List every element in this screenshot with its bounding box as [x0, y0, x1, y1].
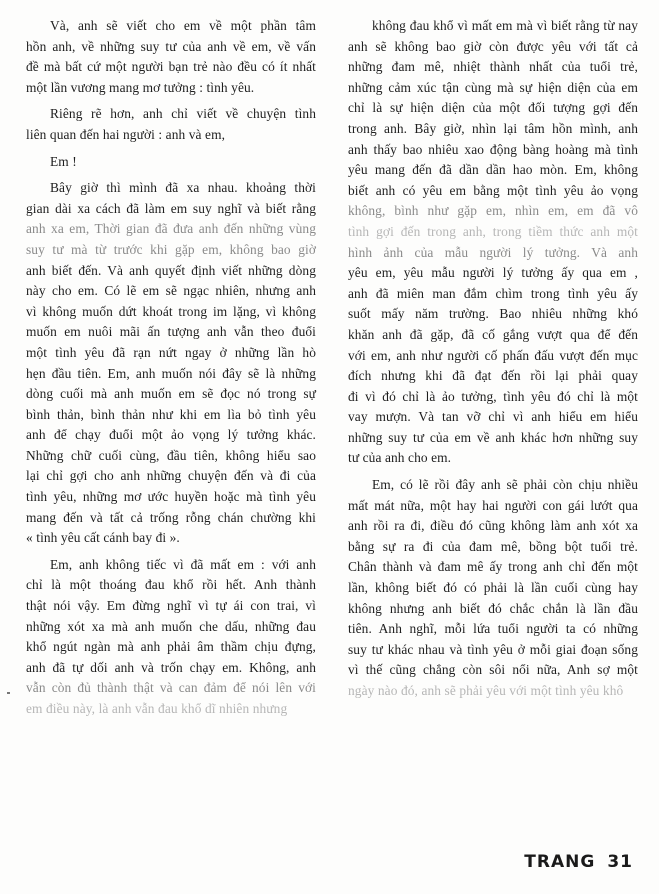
text-line: hẹn đầu tiên. Em, anh muốn nói đây sẽ là… [26, 364, 316, 385]
paragraph: Em ! [26, 152, 316, 173]
text-line: trong anh. Bây giờ, nhìn lại tâm hồn mìn… [348, 119, 638, 140]
text-line: yêu em, yêu mẫu người lý tưởng ấy qua em… [348, 263, 638, 284]
text-line: hồn anh, về những suy tư của anh về em, … [26, 37, 316, 58]
text-line: em điều này, là anh vẫn đau khổ dĩ nhiên… [26, 699, 316, 720]
text-line: vì không muốn dứt khoát trong im lặng, v… [26, 302, 316, 323]
text-line: chỉ là một thoáng đau khổ rồi hết. Anh t… [26, 575, 316, 596]
text-line: anh để chạy đuổi một ảo vọng lý tưởng kh… [26, 425, 316, 446]
text-line: Em, có lẽ rồi đây anh sẽ phải còn chịu n… [348, 475, 638, 496]
text-line: những đam mê, nhiệt thành nhất của tuổi … [348, 57, 638, 78]
text-line: mất mát nữa, một hay hai người con gái l… [348, 496, 638, 517]
text-line: anh xa em, Thời gian đã đưa anh đến nhữn… [26, 219, 316, 240]
text-line: anh sẽ không bao giờ còn được yêu với tấ… [348, 37, 638, 58]
text-line: vay mượn. Và tan vỡ chỉ vì anh hiểu em h… [348, 407, 638, 428]
text-line: những xót xa mà anh muốn che dấu, những … [26, 617, 316, 638]
text-line: muốn em nuôi mãi ấn tượng anh vẫn theo đ… [26, 322, 316, 343]
text-line: khăn anh đã gặp, đã cố gắng vượt qua để … [348, 325, 638, 346]
paragraph: không đau khổ vì mất em mà vì biết rằng … [348, 16, 638, 469]
text-line: những cảm xúc tận cùng mà sự hiện diện c… [348, 78, 638, 99]
text-line: suốt mấy năm trường. Bao nhiêu những khó [348, 304, 638, 325]
text-line: vì thế cũng chẳng còn sôi nổi nữa, Anh s… [348, 660, 638, 681]
text-line: tư của anh cho em. [348, 448, 638, 469]
text-line: thật nói vậy. Em đừng nghĩ vì tự ái con … [26, 596, 316, 617]
text-line: yêu mang đến đã dần dần hao mòn. Em, khô… [348, 160, 638, 181]
text-line: anh rồi ra đi, điều đó cũng không làm an… [348, 516, 638, 537]
text-line: anh thấy bao nhiêu xao động bàng hoàng m… [348, 140, 638, 161]
text-line: Chân thành và đam mê ấy trong anh chỉ đế… [348, 557, 638, 578]
text-line: với em, anh như người cố phấn đấu vượt đ… [348, 346, 638, 367]
text-line: lại chỉ gợi cho anh những chuyện đến và … [26, 466, 316, 487]
text-line: anh đã miên man đắm chìm trong tình yêu … [348, 284, 638, 305]
text-line: lần, không biết đó có phải là lần cuối c… [348, 578, 638, 599]
text-line: hình ảnh của mẫu người lý tưởng. Và anh [348, 243, 638, 264]
paragraph: Bây giờ thì mình đã xa nhau. khoảng thời… [26, 178, 316, 549]
text-line: này cho em. Có lẽ em sẽ ngạc nhiên, nhưn… [26, 281, 316, 302]
text-line: khổ ngút ngàn mà anh phải âm thầm chịu đ… [26, 637, 316, 658]
text-line: gian dài xa cách đã làm em suy nghĩ và b… [26, 199, 316, 220]
text-line: một tình yêu đã rạn nứt ngay ở những lần… [26, 343, 316, 364]
magazine-page: Và, anh sẽ viết cho em về một phần tâmhồ… [0, 0, 659, 894]
text-line: dòng cuối mà anh muốn em sẽ đọc nó trong… [26, 384, 316, 405]
right-column: không đau khổ vì mất em mà vì biết rằng … [348, 16, 638, 708]
text-line: Em, anh không tiếc vì đã mất em : với an… [26, 555, 316, 576]
text-line: không đau khổ vì mất em mà vì biết rằng … [348, 16, 638, 37]
text-line: đề mà bất cứ một người bạn trẻ nào đều c… [26, 57, 316, 78]
page-number: 31 [607, 852, 633, 872]
text-line: Những chữ cuối cùng, đầu tiên, không hiể… [26, 446, 316, 467]
text-line: không, bình như gặp em, nhìn em, em đã v… [348, 201, 638, 222]
text-line: liên quan đến hai người : anh và em, [26, 125, 316, 146]
text-line: bằng sự ra đi của đam mê, bồng bột tuổi … [348, 537, 638, 558]
page-label: TRANG [524, 852, 595, 872]
text-line: vẫn còn đủ thành thật và can đảm để nói … [26, 678, 316, 699]
text-line: đi vì đó chỉ là ảo tưởng, tình yêu đó ch… [348, 387, 638, 408]
text-line: « tình yêu cất cánh bay đi ». [26, 528, 316, 549]
text-line: Riêng rẽ hơn, anh chỉ viết về chuyện tìn… [26, 104, 316, 125]
text-line: anh biết đến. Và anh quyết định viết nhữ… [26, 261, 316, 282]
page-footer: TRANG31 [524, 852, 633, 872]
text-line: Và, anh sẽ viết cho em về một phần tâm [26, 16, 316, 37]
paragraph: Em, có lẽ rồi đây anh sẽ phải còn chịu n… [348, 475, 638, 702]
text-line: Em ! [26, 152, 316, 173]
left-column: Và, anh sẽ viết cho em về một phần tâmhồ… [26, 16, 316, 726]
text-line: đích nhưng khi đã đạt đến rồi lại phải q… [348, 366, 638, 387]
print-speck [7, 692, 10, 694]
text-line: tình yêu, những mơ ước huyền hoặc mà tìn… [26, 487, 316, 508]
text-line: mang đến và tất cả trống rỗng chán chườn… [26, 508, 316, 529]
paragraph: Em, anh không tiếc vì đã mất em : với an… [26, 555, 316, 720]
text-line: chỉ là sự hiện diện của một đối tượng gợ… [348, 98, 638, 119]
text-line: tiên. Anh nghĩ, mỗi lứa tuổi người ta có… [348, 619, 638, 640]
text-line: suy tư mà từ trước khi gặp em, không bao… [26, 240, 316, 261]
text-line: biết anh có yêu em bằng một tình yêu ảo … [348, 181, 638, 202]
text-line: ngày nào đó, anh sẽ phải yêu với một tìn… [348, 681, 638, 702]
text-line: suy tư khác nhau và tình yêu ở mỗi giai … [348, 640, 638, 661]
paragraph: Và, anh sẽ viết cho em về một phần tâmhồ… [26, 16, 316, 98]
text-line: những suy tư của em về anh khác hơn nhữn… [348, 428, 638, 449]
paragraph: Riêng rẽ hơn, anh chỉ viết về chuyện tìn… [26, 104, 316, 145]
text-line: tình gợi đến trong anh, trong tiềm thức … [348, 222, 638, 243]
text-line: Bây giờ thì mình đã xa nhau. khoảng thời [26, 178, 316, 199]
text-line: một lần vương mang mơ tưởng : tình yêu. [26, 78, 316, 99]
text-line: bình thản, bình thản như khi em lìa bỏ t… [26, 405, 316, 426]
text-line: anh đã tự dối anh và trốn chạy em. Không… [26, 658, 316, 679]
text-line: không nhưng anh biết đó chắc chắn là lần… [348, 599, 638, 620]
